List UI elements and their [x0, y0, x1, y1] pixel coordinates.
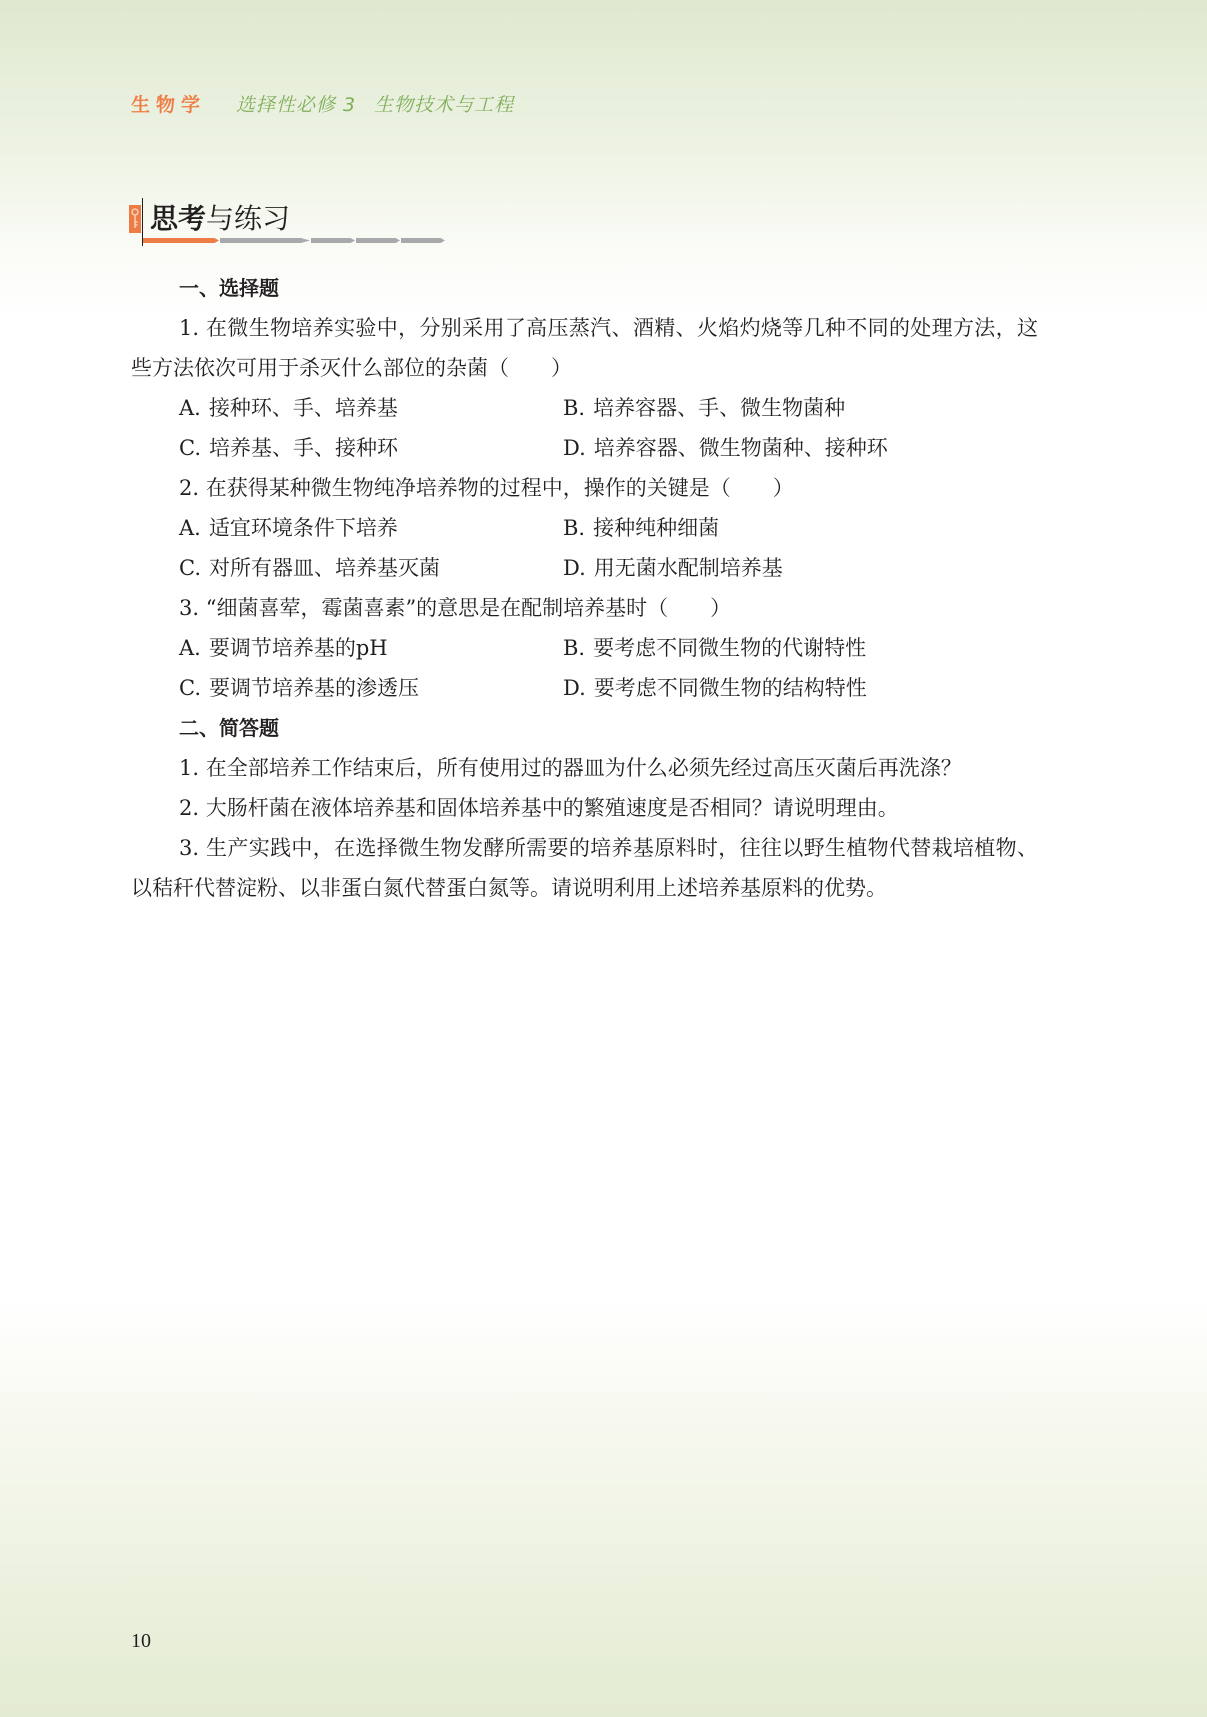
section-title-underline — [143, 238, 455, 243]
mcq-2-option-b: B.接种纯种细菌 — [563, 508, 947, 548]
mcq-2-options-row-1: A.适宜环境条件下培养 B.接种纯种细菌 — [131, 508, 1038, 548]
section-title-bold: 思考 — [150, 202, 206, 235]
mcq-3-option-a: A.要调节培养基的pH — [179, 628, 563, 668]
mcq-3-option-b: B.要考虑不同微生物的代谢特性 — [563, 628, 947, 668]
page-number: 10 — [131, 1630, 151, 1653]
mcq-3-option-d: D.要考虑不同微生物的结构特性 — [563, 668, 947, 708]
short-answer-3: 3. 生产实践中，在选择微生物发酵所需要的培养基原料时，往往以野生植物代替栽培植… — [131, 828, 1038, 908]
mcq-2-option-c: C.对所有器皿、培养基灭菌 — [179, 548, 563, 588]
mcq-3-options-row-2: C.要调节培养基的渗透压 D.要考虑不同微生物的结构特性 — [131, 668, 1038, 708]
mcq-1-options-row-1: A.接种环、手、培养基 B.培养容器、手、微生物菌种 — [131, 388, 1038, 428]
mcq-1-option-b: B.培养容器、手、微生物菌种 — [563, 388, 947, 428]
exercise-content: 一、选择题 1. 在微生物培养实验中，分别采用了高压蒸汽、酒精、火焰灼烧等几种不… — [131, 268, 1038, 908]
mcq-1-option-c: C.培养基、手、接种环 — [179, 428, 563, 468]
section-title-regular: 与练习 — [206, 202, 290, 235]
short-answer-1: 1. 在全部培养工作结束后，所有使用过的器皿为什么必须先经过高压灭菌后再洗涤？ — [131, 748, 1038, 788]
mcq-1-options-row-2: C.培养基、手、接种环 D.培养容器、微生物菌种、接种环 — [131, 428, 1038, 468]
running-header: 生物学 选择性必修 3生物技术与工程 — [131, 92, 514, 118]
header-book-volume: 选择性必修 3 — [236, 94, 356, 116]
key-icon — [130, 207, 140, 231]
mcq-2-options-row-2: C.对所有器皿、培养基灭菌 D.用无菌水配制培养基 — [131, 548, 1038, 588]
section-tag — [129, 205, 141, 233]
header-book-title: 生物技术与工程 — [374, 94, 514, 116]
mcq-1-option-a: A.接种环、手、培养基 — [179, 388, 563, 428]
part2-heading: 二、简答题 — [131, 708, 1038, 748]
mcq-2-option-a: A.适宜环境条件下培养 — [179, 508, 563, 548]
section-title-text: 思考与练习 — [150, 201, 290, 237]
mcq-3-options-row-1: A.要调节培养基的pH B.要考虑不同微生物的代谢特性 — [131, 628, 1038, 668]
mcq-1-option-d: D.培养容器、微生物菌种、接种环 — [563, 428, 947, 468]
mcq-3-option-c: C.要调节培养基的渗透压 — [179, 668, 563, 708]
short-answer-2: 2. 大肠杆菌在液体培养基和固体培养基中的繁殖速度是否相同？请说明理由。 — [131, 788, 1038, 828]
mcq-2-option-d: D.用无菌水配制培养基 — [563, 548, 947, 588]
mcq-1-stem: 1. 在微生物培养实验中，分别采用了高压蒸汽、酒精、火焰灼烧等几种不同的处理方法… — [131, 308, 1038, 388]
header-subject: 生物学 — [131, 92, 206, 118]
part1-heading: 一、选择题 — [131, 268, 1038, 308]
mcq-2-stem: 2. 在获得某种微生物纯净培养物的过程中，操作的关键是（ ） — [131, 468, 1038, 508]
header-book: 选择性必修 3生物技术与工程 — [236, 92, 514, 118]
mcq-3-stem: 3. “细菌喜荤，霉菌喜素”的意思是在配制培养基时（ ） — [131, 588, 1038, 628]
